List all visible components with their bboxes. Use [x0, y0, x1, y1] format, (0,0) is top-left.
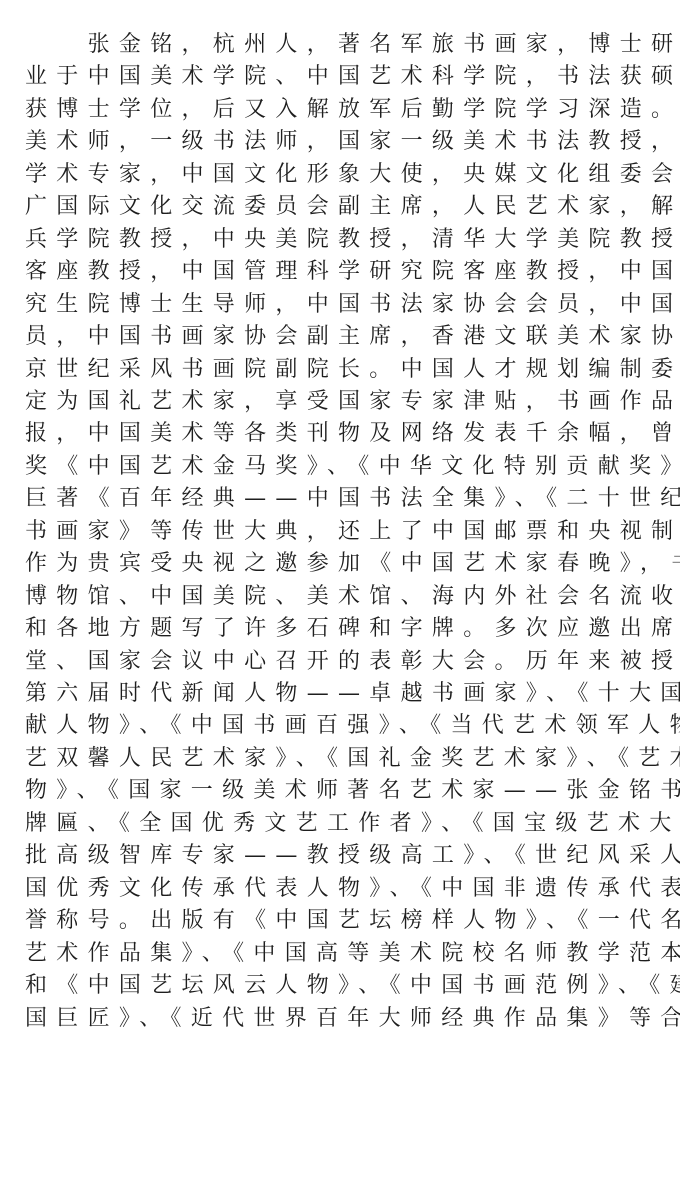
text-line: 业于中国美术学院、中国艺术科学院，书法获硕士学位，国画 [25, 61, 680, 93]
text-line: 书画家》等传世大典，还上了中国邮票和央视制作的台历，曾 [25, 516, 680, 548]
text-line: 和《中国艺坛风云人物》、《中国书画范例》、《建党百年大 [25, 970, 680, 1002]
text-line: 客座教授，中国管理科学研究院客座教授，中国艺术研究院研 [25, 256, 680, 288]
text-line: 物》、《国家一级美术师著名艺术家——张金铭书画工作室》 [25, 775, 680, 807]
text-line: 张金铭，杭州人，著名军旅书画家，博士研究生学历，毕 [25, 29, 680, 61]
text-line: 兵学院教授，中央美院教授，清华大学美院教授，北京大学 [25, 224, 680, 256]
text-line: 艺双馨人民艺术家》、《国礼金奖艺术家》、《艺术传承人 [25, 743, 680, 775]
text-line: 作为贵宾受央视之邀参加《中国艺术家春晚》，书画作品被 [25, 548, 680, 580]
text-line: 巨著《百年经典——中国书法全集》、《二十世纪中国著名 [25, 483, 680, 515]
text-line: 堂、国家会议中心召开的表彰大会。历年来被授予《中国骄傲 [25, 646, 680, 678]
text-line: 国巨匠》、《近代世界百年大师经典作品集》等合集。 [25, 1003, 680, 1035]
text-line: 美术师，一级书法师，国家一级美术书法教授，中国书法美术 [25, 126, 680, 158]
text-line: 奖《中国艺术金马奖》、《中华文化特别贡献奖》入编权威性 [25, 451, 680, 483]
text-line: 学术专家，中国文化形象大使，央媒文化组委会艺术顾问，央 [25, 159, 680, 191]
text-line: 艺术作品集》、《中国高等美术院校名师教学范本》等专集 [25, 938, 680, 970]
text-line: 国优秀文化传承代表人物》、《中国非遗传承代表人物》等荣 [25, 873, 680, 905]
text-line: 和各地方题写了许多石碑和字牌。多次应邀出席了在人民大会 [25, 613, 680, 645]
text-line: 博物馆、中国美院、美术馆、海内外社会名流收藏，为军队 [25, 581, 680, 613]
text-line: 获博士学位，后又入解放军后勤学院学习深造。现为国家一级 [25, 94, 680, 126]
text-line: 京世纪采风书画院副院长。中国人才规划编制委员会评委，被 [25, 354, 680, 386]
text-line: 牌匾、《全国优秀文艺工作者》、《国宝级艺术大师》、《首 [25, 808, 680, 840]
text-line: 第六届时代新闻人物——卓越书画家》、《十大国家级特殊贡 [25, 678, 680, 710]
text-line: 定为国礼艺术家，享受国家专家津贴，书画作品在中国书画 [25, 386, 680, 418]
text-line: 批高级智库专家——教授级高工》、《世纪风采人物》、《全 [25, 840, 680, 872]
text-line: 究生院博士生导师，中国书法家协会会员，中国美术家协会会 [25, 289, 680, 321]
text-line: 员，中国书画家协会副主席，香港文联美术家协会副主席，北 [25, 321, 680, 353]
text-line: 誉称号。出版有《中国艺坛榜样人物》、《一代名家中国馆藏 [25, 905, 680, 937]
text-line: 报，中国美术等各类刊物及网络发表千余幅，曾获得艺术最高 [25, 418, 680, 450]
text-line: 献人物》、《中国书画百强》、《当代艺术领军人物》、《德 [25, 710, 680, 742]
text-line: 广国际文化交流委员会副主席，人民艺术家，解放军陆军步 [25, 191, 680, 223]
